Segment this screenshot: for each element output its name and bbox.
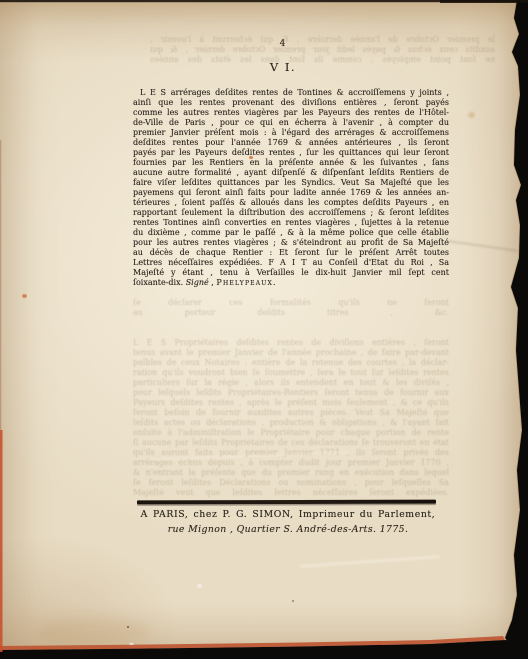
show-through-line: tenus avant le premier Janvier de l'anné… bbox=[133, 348, 449, 358]
body-paragraph: L E S arrérages deſdites rentes de Tonti… bbox=[133, 88, 449, 278]
body-line: Lettres néceſſaires expédiées. F A I T a… bbox=[133, 258, 449, 268]
show-through-line: ſi aucune par leſdits Propriétaires de c… bbox=[133, 438, 449, 448]
stain bbox=[22, 294, 27, 298]
crease bbox=[448, 240, 518, 252]
show-through-line: Majeſté veut que leſdites lettres néceſſ… bbox=[133, 488, 449, 498]
body-line: comme les autres rentes viagères par les… bbox=[133, 108, 449, 118]
show-through-line: leſdits actes ou déclarations , producti… bbox=[133, 418, 449, 428]
show-through-line: ſe feront leſdites Déclarations ou nomin… bbox=[133, 478, 449, 488]
section-heading: V I. bbox=[133, 60, 433, 74]
show-through-line: enſuite à l'adminiſtration le Propriétai… bbox=[133, 428, 449, 438]
body-line: payemens qui ſeront ainſi faits pour lad… bbox=[133, 188, 449, 198]
speck bbox=[292, 600, 294, 602]
signature-prefix: ſoixante-dix. bbox=[133, 278, 186, 287]
paper-sheet: 4 le premier Octobre de l'année dernière… bbox=[0, 0, 528, 659]
imprint-address: rue Mignon , Quartier S. André-des-Arts.… bbox=[118, 524, 458, 535]
stain bbox=[468, 112, 475, 118]
body-line: du dixième , comme par le paſſé , & à la… bbox=[133, 228, 449, 238]
body-line: premier Janvier préſent mois : à l'égard… bbox=[133, 128, 449, 138]
body-line: ainſi que les rentes provenant des diviſ… bbox=[133, 98, 449, 108]
show-through-line: arrérages échus depuis , à compter dudit… bbox=[133, 458, 449, 468]
body-line: L E S arrérages deſdites rentes de Tonti… bbox=[133, 88, 449, 98]
imprint-rule bbox=[137, 500, 436, 505]
show-through-line: qu'ils auront faits pour premier Janvier… bbox=[133, 448, 449, 458]
show-through-text-mid: ſe déclarer ces formalités qu'ils ne ſer… bbox=[133, 298, 449, 498]
show-through-line bbox=[133, 318, 449, 328]
crease bbox=[300, 555, 440, 568]
show-through-line: Payeurs deſdites rentes , après le préſe… bbox=[133, 398, 449, 408]
show-through-line: & n'entrant la préſente que du premier r… bbox=[133, 468, 449, 478]
show-through-line: païbles de ceux Notaires : entière de la… bbox=[133, 358, 449, 368]
stain bbox=[40, 618, 150, 646]
signature-line: ſoixante-dix. Signé , Phelypeaux. bbox=[133, 278, 449, 288]
body-line: payés par les Payeurs deſdites rentes , … bbox=[133, 148, 449, 158]
crease bbox=[150, 452, 350, 461]
body-line: rapportant ſeulement la diſtribution des… bbox=[133, 208, 449, 218]
signed-label: Signé bbox=[186, 278, 209, 287]
body-line: aucune autre formalité , ayant diſpenſé … bbox=[133, 168, 449, 178]
signatory-name: Phelypeaux. bbox=[216, 278, 276, 287]
show-through-line: particuliers ſur la régie , alors ils en… bbox=[133, 378, 449, 388]
speck bbox=[197, 584, 202, 588]
show-through-line: ration qu'ils voudront bien ſe ſoumettre… bbox=[133, 368, 449, 378]
show-through-line: pour leſquels leſdits Propriétaires-Rent… bbox=[133, 388, 449, 398]
show-through-line: ſe déclarer ces formalités qu'ils ne ſer… bbox=[133, 298, 449, 308]
body-line: Majeſté y étant , tenu à Verſailles le d… bbox=[133, 268, 449, 278]
body-line: rentes Tontines ainſi converties en rent… bbox=[133, 218, 449, 228]
imprint-publisher: A PARIS, chez P. G. SIMON, Imprimeur du … bbox=[118, 509, 458, 520]
show-through-line: ſeront beſoin de fournir auxdites autres… bbox=[133, 408, 449, 418]
speck bbox=[129, 643, 134, 647]
body-line: deſdites rentes pour l'année 1769 & anné… bbox=[133, 138, 449, 148]
body-line: de-Ville de Paris , pour ce qui en écher… bbox=[133, 118, 449, 128]
body-line: pour les autres rentes viagères ; & s'ét… bbox=[133, 238, 449, 248]
body-line: fournies par les Rentiers en la préſente… bbox=[133, 158, 449, 168]
show-through-line: L E S Propriétaires deſdites rentes de d… bbox=[133, 338, 449, 348]
show-through-line: au porteur deſdits titres , &c. bbox=[133, 308, 449, 318]
body-line: térieures , ſoient paſſés & alloués dans… bbox=[133, 198, 449, 208]
body-line: au décès de chaque Rentier : Et ſeront ſ… bbox=[133, 248, 449, 258]
body-line: faire viſer leſdites quittances par les … bbox=[133, 178, 449, 188]
page-number: 4 bbox=[133, 39, 433, 49]
photographed-document: 4 le premier Octobre de l'année dernière… bbox=[0, 0, 528, 659]
speck bbox=[127, 626, 129, 628]
show-through-line bbox=[133, 328, 449, 338]
